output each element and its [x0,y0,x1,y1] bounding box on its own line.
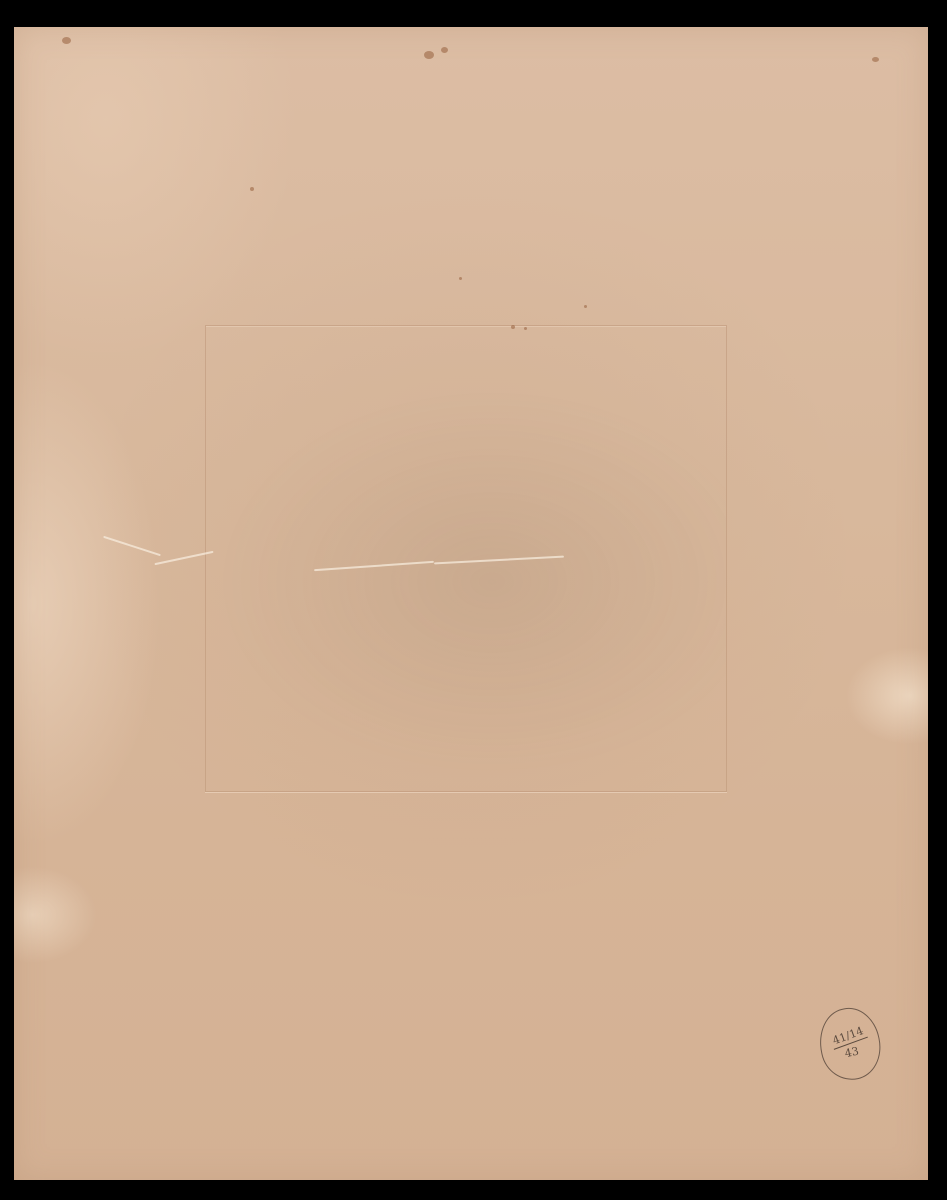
foxing-spot [459,277,462,280]
foxing-spot [524,327,527,330]
foxing-spot [62,37,71,44]
paper-sheet [14,27,928,1180]
foxing-spot [250,187,254,191]
foxing-spot [441,47,448,53]
foxing-spot [584,305,587,308]
foxing-spot [872,57,879,62]
paper-crease [103,536,161,556]
foxing-spot [424,51,434,59]
foxing-spot [511,325,515,329]
plate-mark [205,325,727,792]
